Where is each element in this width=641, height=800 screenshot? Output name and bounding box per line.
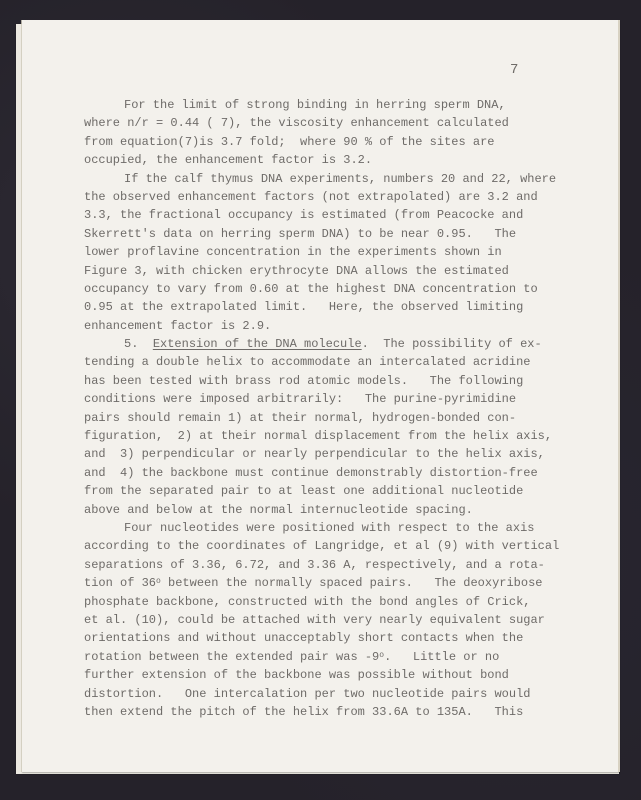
paragraph-four-nucleotides: Four nucleotides were positioned with re…	[84, 519, 604, 721]
document-page: 7 For the limit of strong binding in her…	[22, 20, 620, 772]
text-line: has been tested with brass rod atomic mo…	[84, 372, 604, 390]
section-number: 5.	[124, 337, 138, 351]
text-span: . The possibility of ex-	[362, 337, 542, 351]
text-line: according to the coordinates of Langridg…	[84, 537, 604, 555]
text-line: tending a double helix to accommodate an…	[84, 353, 604, 371]
text-line: enhancement factor is 2.9.	[84, 317, 604, 335]
paragraph-strong-binding: For the limit of strong binding in herri…	[84, 96, 604, 170]
section-title: Extension of the DNA molecule	[153, 337, 362, 351]
text-line: et al. (10), could be attached with very…	[84, 611, 604, 629]
text-line: separations of 3.36, 6.72, and 3.36 A, r…	[84, 556, 604, 574]
text-line-with-degree: rotation between the extended pair was -…	[84, 648, 604, 666]
page-number: 7	[510, 62, 518, 78]
page-edge	[618, 20, 620, 772]
degree-superscript: o	[379, 651, 384, 660]
text-line: 0.95 at the extrapolated limit. Here, th…	[84, 298, 604, 316]
text-line: distortion. One intercalation per two nu…	[84, 685, 604, 703]
text-line: above and below at the normal internucle…	[84, 501, 604, 519]
text-line: orientations and without unacceptably sh…	[84, 629, 604, 647]
text-line: further extension of the backbone was po…	[84, 666, 604, 684]
text-line: and 3) perpendicular or nearly perpendic…	[84, 445, 604, 463]
section-5-extension: 5. Extension of the DNA molecule. The po…	[84, 335, 604, 519]
text-span: . Little or no	[384, 650, 499, 664]
text-line: Figure 3, with chicken erythrocyte DNA a…	[84, 262, 604, 280]
text-line: Skerrett's data on herring sperm DNA) to…	[84, 225, 604, 243]
text-line: phosphate backbone, constructed with the…	[84, 593, 604, 611]
text-line: figuration, 2) at their normal displacem…	[84, 427, 604, 445]
text-line: where n/r = 0.44 ( 7), the viscosity enh…	[84, 114, 604, 132]
section-heading-line: 5. Extension of the DNA molecule. The po…	[84, 335, 604, 353]
text-line: and 4) the backbone must continue demons…	[84, 464, 604, 482]
text-line: pairs should remain 1) at their normal, …	[84, 409, 604, 427]
text-line: conditions were imposed arbitrarily: The…	[84, 390, 604, 408]
text-span: between the normally spaced pairs. The d…	[161, 576, 543, 590]
body-text: For the limit of strong binding in herri…	[84, 96, 604, 721]
text-line: then extend the pitch of the helix from …	[84, 703, 604, 721]
text-line: the observed enhancement factors (not ex…	[84, 188, 604, 206]
text-line: lower proflavine concentration in the ex…	[84, 243, 604, 261]
text-line: For the limit of strong binding in herri…	[84, 96, 604, 114]
text-span: tion of 36	[84, 576, 156, 590]
text-line: If the calf thymus DNA experiments, numb…	[84, 170, 604, 188]
text-line: from the separated pair to at least one …	[84, 482, 604, 500]
degree-superscript: o	[156, 577, 161, 586]
text-line: 3.3, the fractional occupancy is estimat…	[84, 206, 604, 224]
text-line: from equation(7)is 3.7 fold; where 90 % …	[84, 133, 604, 151]
text-line: Four nucleotides were positioned with re…	[84, 519, 604, 537]
text-line: occupied, the enhancement factor is 3.2.	[84, 151, 604, 169]
text-span: rotation between the extended pair was -…	[84, 650, 379, 664]
paragraph-calf-thymus: If the calf thymus DNA experiments, numb…	[84, 170, 604, 336]
text-line-with-degree: tion of 36o between the normally spaced …	[84, 574, 604, 592]
text-line: occupancy to vary from 0.60 at the highe…	[84, 280, 604, 298]
